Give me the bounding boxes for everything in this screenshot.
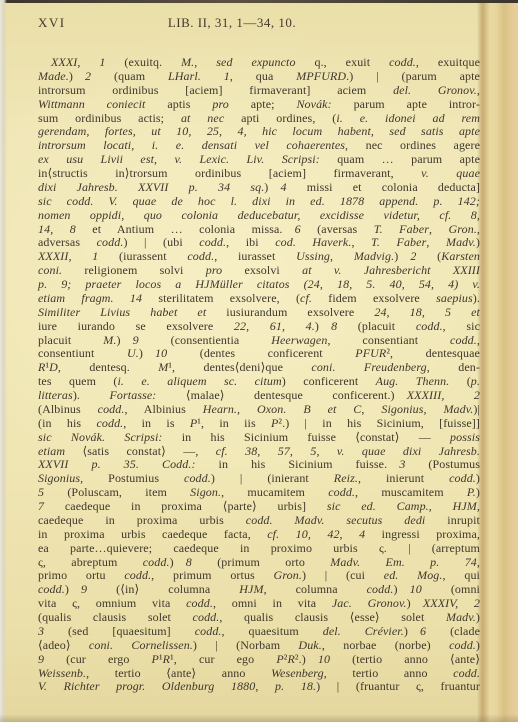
text-line: gerendam, fortes, ut 10, 25, 4, hic locu… (38, 125, 480, 139)
text-line: coni. religionem solvi pro exsolvi at v.… (38, 264, 480, 278)
text-line: consentiunt U.) 10 (dentes conficerent P… (38, 347, 480, 361)
page-header: XVI LIB. II, 31, 1—34, 10. (38, 15, 480, 32)
text-line: 3 (sed [quaesitum] codd., quaesitum del.… (38, 625, 480, 639)
text-line: etiam ⟨satis constat⟩ —, cf. 38, 57, 5, … (38, 445, 480, 459)
text-line: tes quem (i. e. aliquem sc. citum) confi… (38, 375, 480, 389)
text-line: adversas codd.) | (ubi codd., ibi cod. H… (38, 236, 480, 250)
text-line: Made.) 2 (quam LHarl. 1, qua MPFURD.) | … (38, 70, 480, 84)
text-line: 14, 8 et Antium … colonia missa. 6 (aver… (38, 223, 480, 237)
text-line: introrsum locati, i. e. densati vel coha… (38, 139, 480, 153)
text-line: ⟨adeo⟩ coni. Cornelissen.) | (Norbam Duk… (38, 639, 480, 653)
text-line: dixi Jahresb. XXVII p. 34 sq.) 4 missi e… (38, 181, 480, 195)
text-line: Weissenb., tertio ⟨ante⟩ anno Wesenberg,… (38, 667, 480, 681)
text-line: etiam fragm. 14 sterilitatem exsolvere, … (38, 292, 480, 306)
body-text: XXXI, 1 (exuitq. M., sed expuncto q., ex… (38, 56, 480, 694)
text-line: in proxima urbis caedeque facta, cf. 10,… (38, 528, 480, 542)
page-left-edge (0, 0, 7, 722)
page-right-edge (477, 3, 518, 722)
text-line: in⟨structis in⟩trorsum ordinibus [aciem]… (38, 167, 480, 181)
page-top-edge (0, 0, 518, 3)
text-line: nomen oppidi, quo colonia deducebatur, e… (38, 209, 480, 223)
text-line: placuit M.) 9 (consentientia Heerwagen, … (38, 334, 480, 348)
text-line: caedeque in proxima urbis codd. Madv. se… (38, 514, 480, 528)
text-line: 5 (Poluscam, item Sigon., mucamitem codd… (38, 486, 480, 500)
text-line: vita ς, omnium vita codd., omni in vita … (38, 597, 480, 611)
text-line: ς, abreptum codd.) 8 (primum orto Madv. … (38, 556, 480, 570)
text-line: V. Richter progr. Oldenburg 1880, p. 18.… (38, 680, 480, 694)
text-line: 7 caedeque in proxima ⟨parte⟩ urbis] sic… (38, 500, 480, 514)
text-line: codd.) 9 (⟨in⟩ columna HJM, columna codd… (38, 583, 480, 597)
text-line: sum ordinibus actis; at nec apti ordines… (38, 112, 480, 126)
text-line: sic Novák. Scripsi: in his Sicinium fuis… (38, 431, 480, 445)
text-line: R¹D, dentesq. M¹, dentes⟨deni⟩que coni. … (38, 361, 480, 375)
text-line: (Albinus codd., Albinius Hearn., Oxon. B… (38, 403, 480, 417)
text-line: sic codd. V. quae de hoc l. dixi in ed. … (38, 195, 480, 209)
text-line: iure iurando se exsolvere 22, 61, 4.) 8 … (38, 320, 480, 334)
text-line: primo ortu codd., primum ortus Gron.) | … (38, 569, 480, 583)
text-line: (qualis clausis solet codd., qualis clau… (38, 611, 480, 625)
text-line: Wittmann coniecit aptis pro apte; Novák:… (38, 98, 480, 112)
page-bottom-edge (0, 714, 518, 722)
text-line: XXXII, 1 (iurassent codd., iurasset Ussi… (38, 250, 480, 264)
text-line: (in his codd., in is P¹, in iis P².) | i… (38, 417, 480, 431)
text-line: p. 9; praeter locos a HJMüller citatos (… (38, 278, 480, 292)
text-line: XXXI, 1 (exuitq. M., sed expuncto q., ex… (38, 56, 480, 70)
scanned-book-page: XVI LIB. II, 31, 1—34, 10. XXXI, 1 (exui… (0, 0, 518, 722)
text-line: ea parte…quievere; caedeque in proximo u… (38, 542, 480, 556)
text-line: litteras). Fortasse: ⟨malae⟩ dentesque c… (38, 389, 480, 403)
text-line: 9 (cur ergo P¹R¹, cur ego P²R².) 10 (ter… (38, 653, 480, 667)
text-line: XXVII p. 35. Codd.: in his Sicinium fuis… (38, 458, 480, 472)
text-line: Similiter Livius habet et iusiurandum ex… (38, 306, 480, 320)
text-line: Sigonius, Postumius codd.) | (inierant R… (38, 472, 480, 486)
text-line: ex usu Livii est, v. Lexic. Liv. Scripsi… (38, 153, 480, 167)
text-line: introrsum ordinibus [aciem] firmaverant]… (38, 84, 480, 98)
running-title: LIB. II, 31, 1—34, 10. (38, 15, 426, 31)
